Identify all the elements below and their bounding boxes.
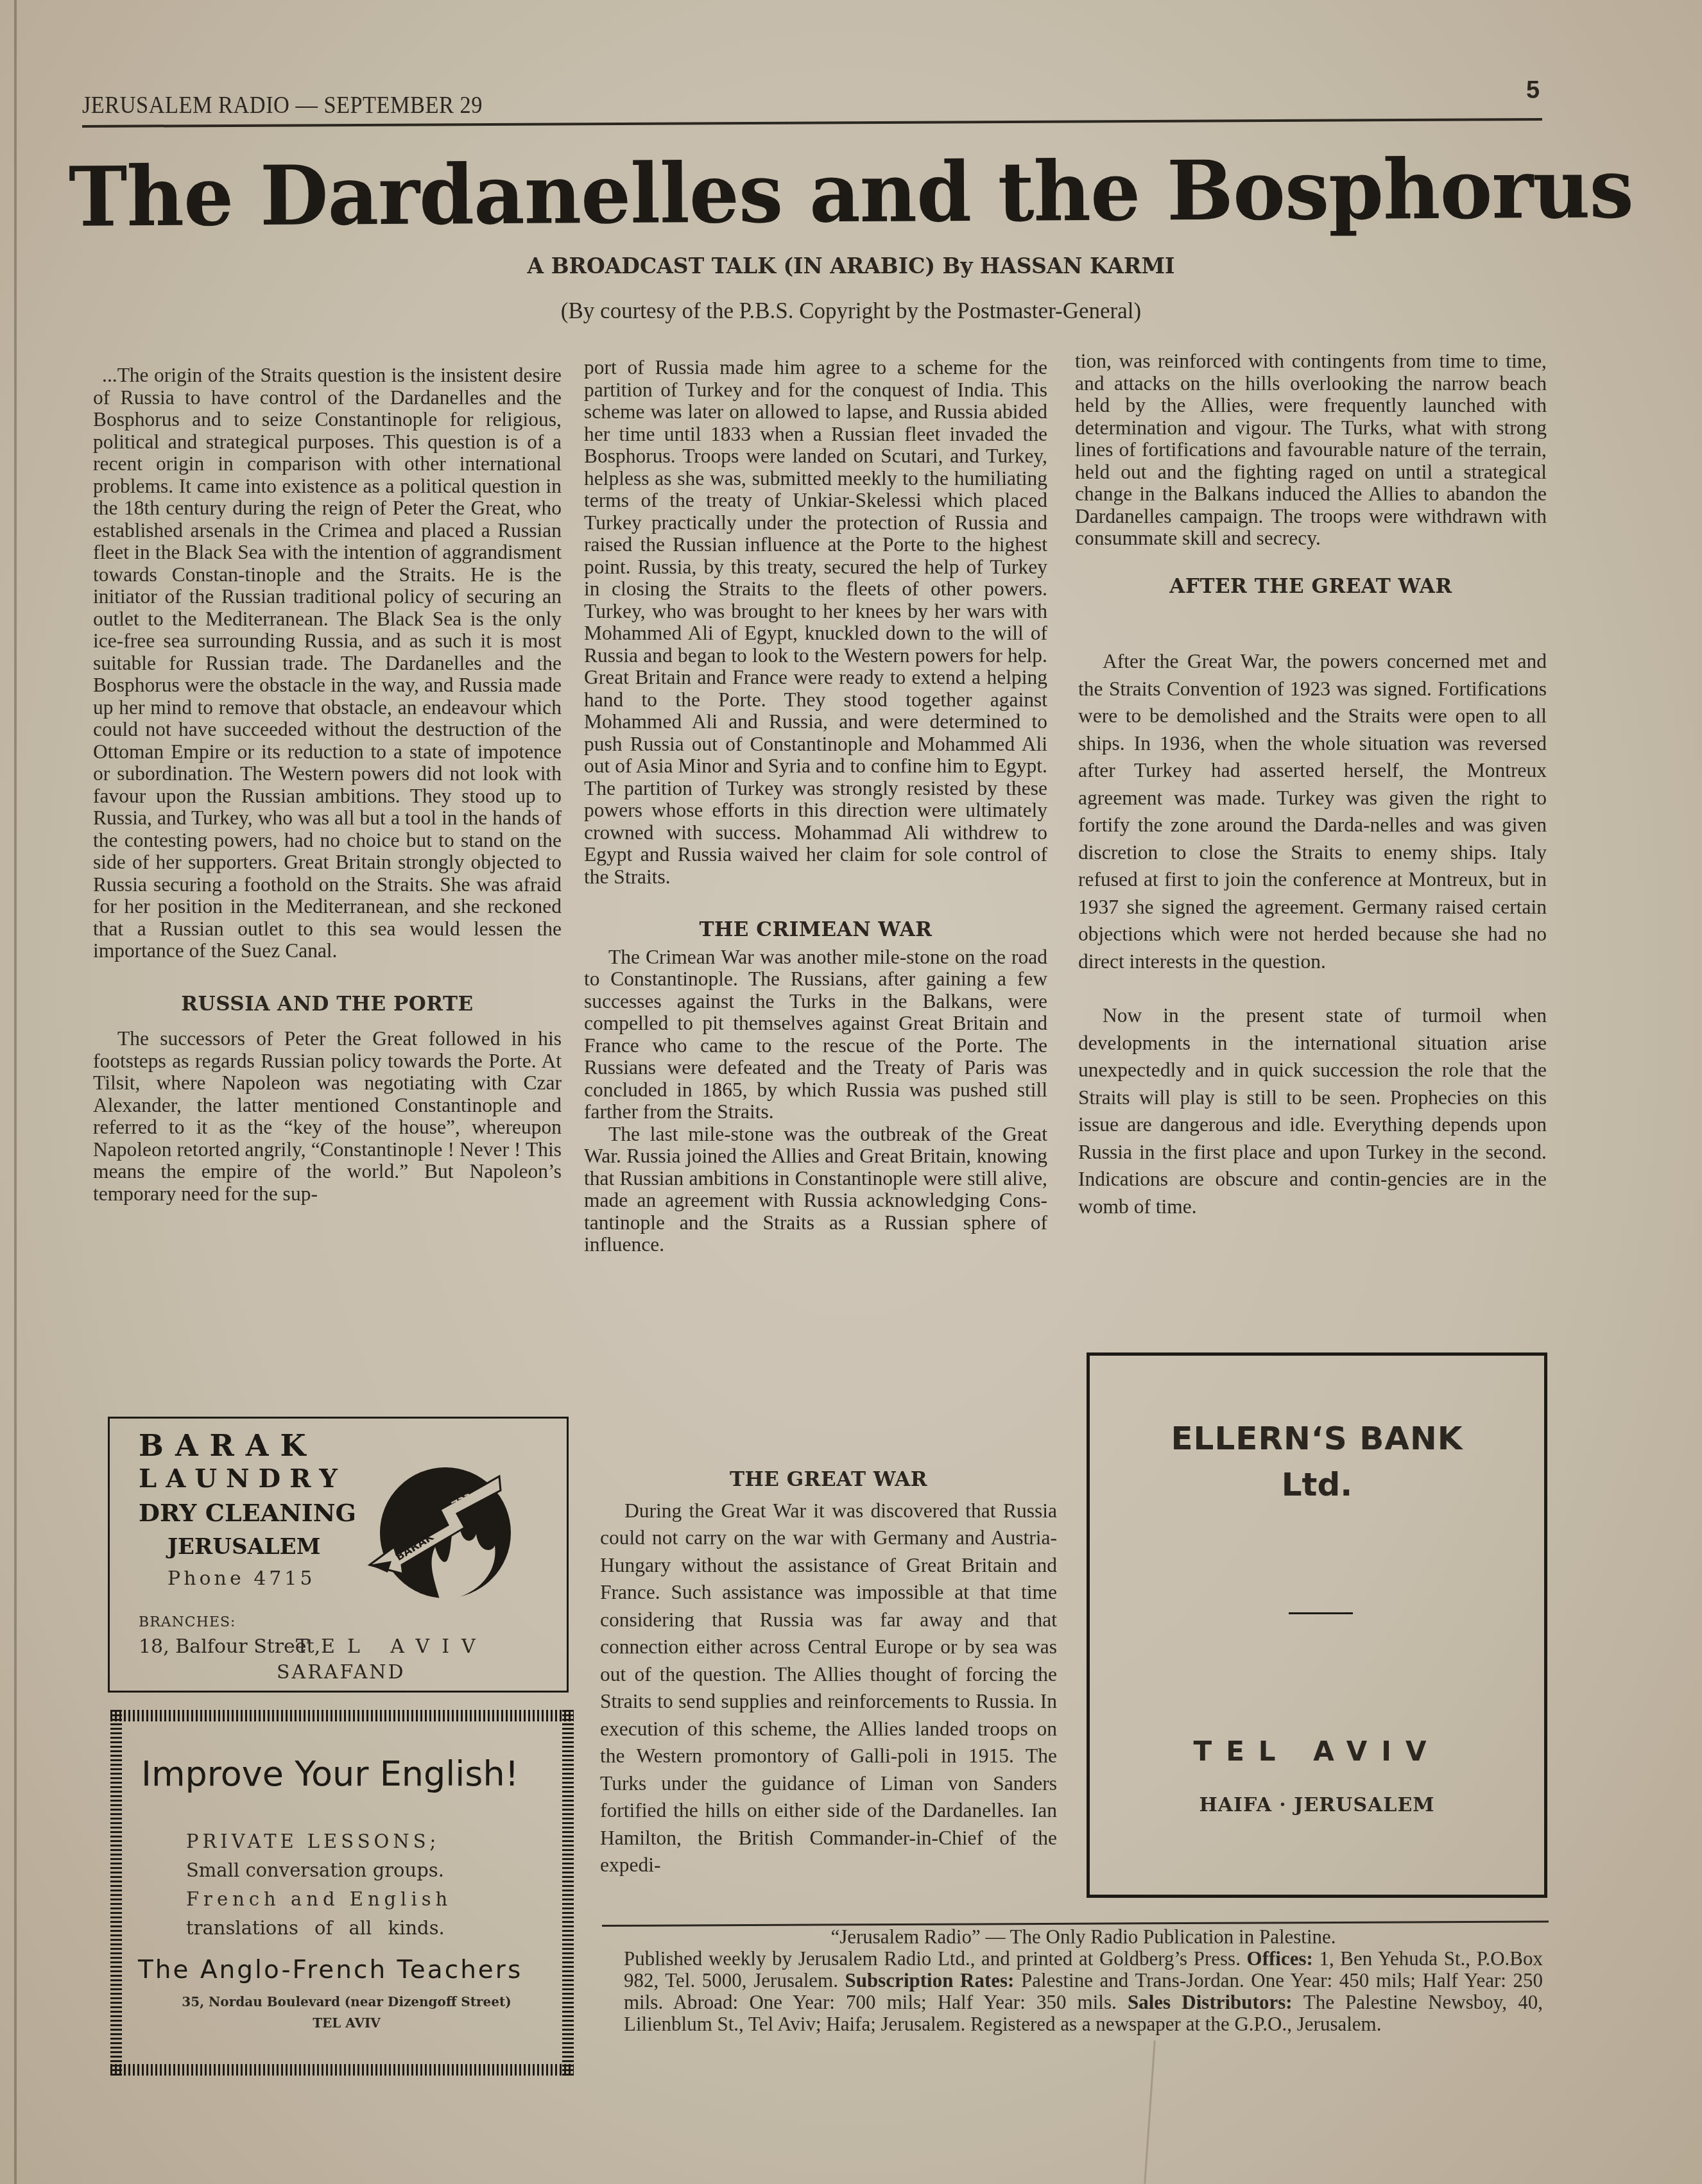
ellerns-bank-ad: ELLERN‘S BANK Ltd. TEL AVIV HAIFA · JERU… (1087, 1352, 1547, 1898)
intro-paragraph: ...The origin of the Straits question is… (93, 364, 562, 962)
ad-body: PRIVATE LESSONS; Small conversation grou… (186, 1827, 452, 1943)
paragraph: port of Russia made him agree to a schem… (584, 357, 1047, 888)
section-heading-after-great-war: AFTER THE GREAT WAR (1075, 576, 1547, 598)
paragraph: During the Great War it was discovered t… (600, 1497, 1057, 1879)
ad-line: French and English (186, 1885, 452, 1914)
newspaper-page: JERUSALEM RADIO — SEPTEMBER 29 5 The Dar… (0, 0, 1702, 2184)
ad-service-dry-cleaning: DRY CLEANING (139, 1498, 356, 1527)
section-heading-crimean-war: THE CRIMEAN WAR (584, 919, 1047, 941)
header-rule (82, 118, 1542, 128)
paragraph: tion, was reinforced with contingents fr… (1075, 350, 1547, 550)
imprint-registration: Registered as a newspaper at the G.P.O.,… (970, 2013, 1381, 2035)
article-title: The Dardanelles and the Bosphorus (34, 141, 1669, 246)
paragraph: The last mile-stone was the outbreak of … (584, 1123, 1047, 1256)
page-number: 5 (1526, 77, 1540, 105)
section-heading-russia-porte: RUSSIA AND THE PORTE (93, 993, 562, 1016)
imprint-lead: “Jerusalem Radio” — The Only Radio Publi… (624, 1926, 1543, 1948)
paper-crease (1144, 2040, 1156, 2184)
ad-branch-address: 18, Balfour Street, (139, 1635, 320, 1658)
bank-suffix: Ltd. (1090, 1466, 1544, 1503)
bank-head-office: TEL AVIV (1090, 1736, 1544, 1767)
ad-city: JERUSALEM (168, 1534, 320, 1560)
article-byline: A BROADCAST TALK (IN ARABIC) By HASSAN K… (0, 253, 1702, 278)
column-2-lower: THE GREAT WAR During the Great War it wa… (600, 1466, 1057, 1879)
ad-branch-city: TEL AVIV (296, 1635, 488, 1658)
bank-divider (1289, 1612, 1353, 1614)
ad-brand-name: BARAK (139, 1428, 317, 1463)
imprint-subscription-label: Subscription Rates: (845, 1969, 1021, 1992)
ad-city: TEL AVIV (138, 2015, 555, 2031)
bank-name: ELLERN‘S BANK (1090, 1420, 1544, 1457)
imprint-distributors-label: Sales Distributors: (1128, 1991, 1303, 2013)
paragraph: The successors of Peter the Great follow… (93, 1028, 562, 1205)
paragraph: The Crimean War was another mile-stone o… (584, 946, 1047, 1123)
english-lessons-ad: Improve Your English! PRIVATE LESSONS; S… (110, 1710, 574, 2076)
publication-imprint: “Jerusalem Radio” — The Only Radio Publi… (624, 1926, 1543, 2035)
paragraph: After the Great War, the powers concerne… (1078, 648, 1547, 975)
column-1: ...The origin of the Straits question is… (93, 364, 562, 1205)
ad-line: PRIVATE LESSONS; (186, 1827, 452, 1856)
ad-branches-label: BRANCHES: (139, 1614, 236, 1630)
ad-service-laundry: LAUNDRY (139, 1463, 347, 1494)
ad-line: translations of all kinds. (186, 1914, 452, 1943)
running-head: JERUSALEM RADIO — SEPTEMBER 29 (82, 92, 483, 119)
imprint-published: Published weekly by Jerusalem Radio Ltd.… (624, 1947, 1247, 1970)
imprint-offices-label: Offices: (1247, 1947, 1319, 1970)
page-edge-shadow (14, 0, 17, 2184)
ad-address: 35, Nordau Boulevard (near Dizengoff Str… (138, 1994, 555, 2009)
paragraph: Now in the present state of turmoil when… (1078, 1002, 1547, 1220)
section-heading-great-war: THE GREAT WAR (600, 1466, 1057, 1494)
ad-organization: The Anglo-French Teachers (138, 1956, 522, 1984)
bank-branches: HAIFA · JERUSALEM (1090, 1794, 1544, 1816)
ad-phone: Phone 4715 (168, 1567, 316, 1590)
column-3: tion, was reinforced with contingents fr… (1075, 350, 1547, 597)
ad-headline: Improve Your English! (141, 1753, 519, 1794)
barak-laundry-ad: BARAK LAUNDRY DRY CLEANING JERUSALEM Pho… (108, 1417, 569, 1693)
column-2: port of Russia made him agree to a schem… (584, 357, 1047, 1256)
lightning-bolt-flame-globe-icon: BARAK ברק (363, 1451, 511, 1605)
ad-line: Small conversation groups. (186, 1856, 452, 1885)
ad-branch-2: SARAFAND (277, 1661, 406, 1684)
article-courtesy: (By courtesy of the P.B.S. Copyright by … (0, 298, 1702, 324)
column-3-lower: After the Great War, the powers concerne… (1078, 648, 1547, 1220)
